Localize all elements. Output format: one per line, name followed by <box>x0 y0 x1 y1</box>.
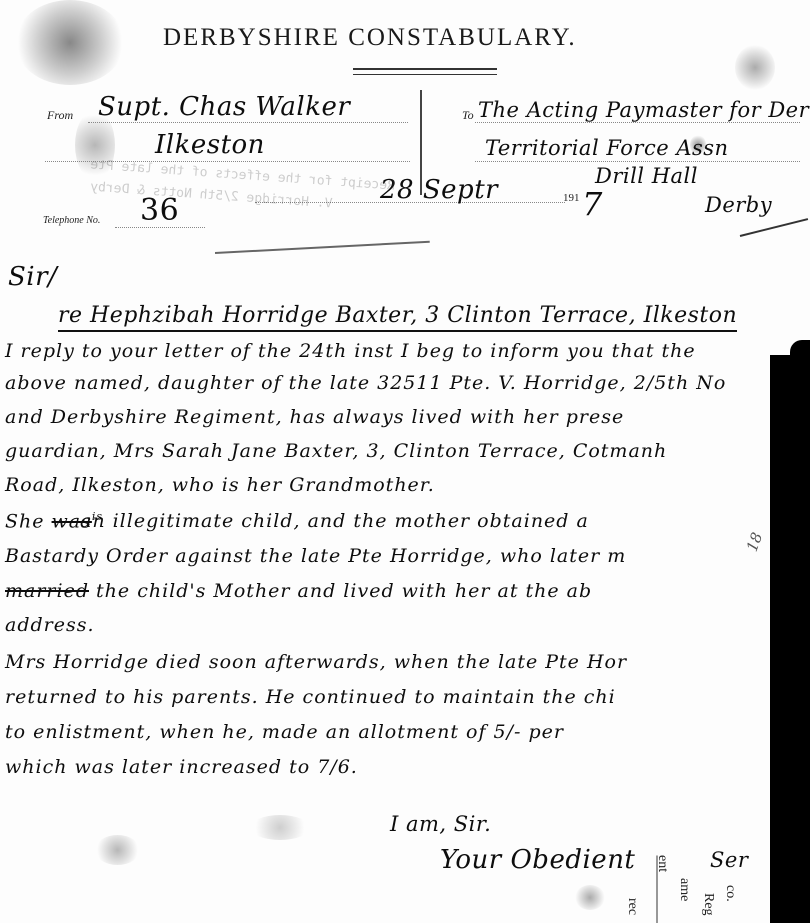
pen-stroke <box>740 218 808 237</box>
body-line-12: to enlistment, when he, made an allotmen… <box>5 721 564 743</box>
ink-stain-top-left <box>15 0 125 85</box>
stamp-fragment-ame: ame <box>676 878 692 901</box>
body-line-7: Bastardy Order against the late Pte Horr… <box>5 545 626 567</box>
date-day-month: 28 Septr <box>380 175 498 205</box>
stamp-fragment-co: co. <box>722 885 738 902</box>
sender-town: Ilkeston <box>155 130 265 160</box>
telephone-label: Telephone No. <box>43 215 100 226</box>
body-line-6-rest: an illegitimate child, and the mother ob… <box>80 510 589 532</box>
ink-stain-bottom <box>95 835 140 865</box>
body-line-3: and Derbyshire Regiment, has always live… <box>5 406 624 428</box>
from-line-1 <box>88 122 408 123</box>
stamp-fragment-rec: rec <box>624 898 640 915</box>
salutation: Sir/ <box>8 262 57 292</box>
to-label: To <box>462 108 474 123</box>
title-rule <box>353 68 497 75</box>
recipient-line-2: Territorial Force Assn <box>485 136 729 160</box>
recipient-line-3: Drill Hall <box>595 164 698 188</box>
closing-line-2: Your Obedient <box>440 845 635 875</box>
struck-word-married: married <box>5 580 89 602</box>
body-line-4: guardian, Mrs Sarah Jane Baxter, 3, Clin… <box>5 440 667 462</box>
from-label: From <box>47 108 73 123</box>
subject-line: re Hephzibah Horridge Baxter, 3 Clinton … <box>58 303 737 332</box>
date-year-prefix: 191 <box>563 192 580 204</box>
body-line-13: which was later increased to 7/6. <box>5 756 358 778</box>
body-line-5: Road, Ilkeston, who is her Grandmother. <box>5 474 435 496</box>
closing-line-1: I am, Sir. <box>390 812 491 836</box>
letterhead-title: DERBYSHIRE CONSTABULARY. <box>163 24 577 52</box>
body-line-11: returned to his parents. He continued to… <box>5 686 616 708</box>
ink-stain-bottom-3 <box>250 815 310 840</box>
closing-line-3: Ser <box>710 848 748 872</box>
date-year-suffix: 7 <box>582 185 603 223</box>
body-line-9: address. <box>5 614 95 636</box>
ink-stain-top-right <box>735 45 775 90</box>
recipient-line-1: The Acting Paymaster for Derby <box>478 98 810 122</box>
recipient-line-4: Derby <box>705 193 772 217</box>
sender-name: Supt. Chas Walker <box>98 92 350 122</box>
body-line-10: Mrs Horridge died soon afterwards, when … <box>5 651 627 673</box>
body-line-1: I reply to your letter of the 24th inst … <box>5 340 696 362</box>
ink-stain-bottom-2 <box>575 885 605 910</box>
letter-page: DERBYSHIRE CONSTABULARY. From Supt. Chas… <box>0 0 810 923</box>
stamp-rule <box>657 856 658 923</box>
margin-note: 18 <box>743 530 766 554</box>
body-line-2: above named, daughter of the late 32511 … <box>5 372 726 394</box>
body-line-8-text: the child's Mother and lived with her at… <box>96 580 592 602</box>
to-line-2 <box>475 161 800 162</box>
stamp-fragment-reg: Reg <box>700 893 716 916</box>
body-line-8: married the child's Mother and lived wit… <box>5 580 592 602</box>
pencil-stroke <box>215 241 430 254</box>
to-line-1 <box>475 122 800 123</box>
scan-edge-black <box>770 355 810 923</box>
